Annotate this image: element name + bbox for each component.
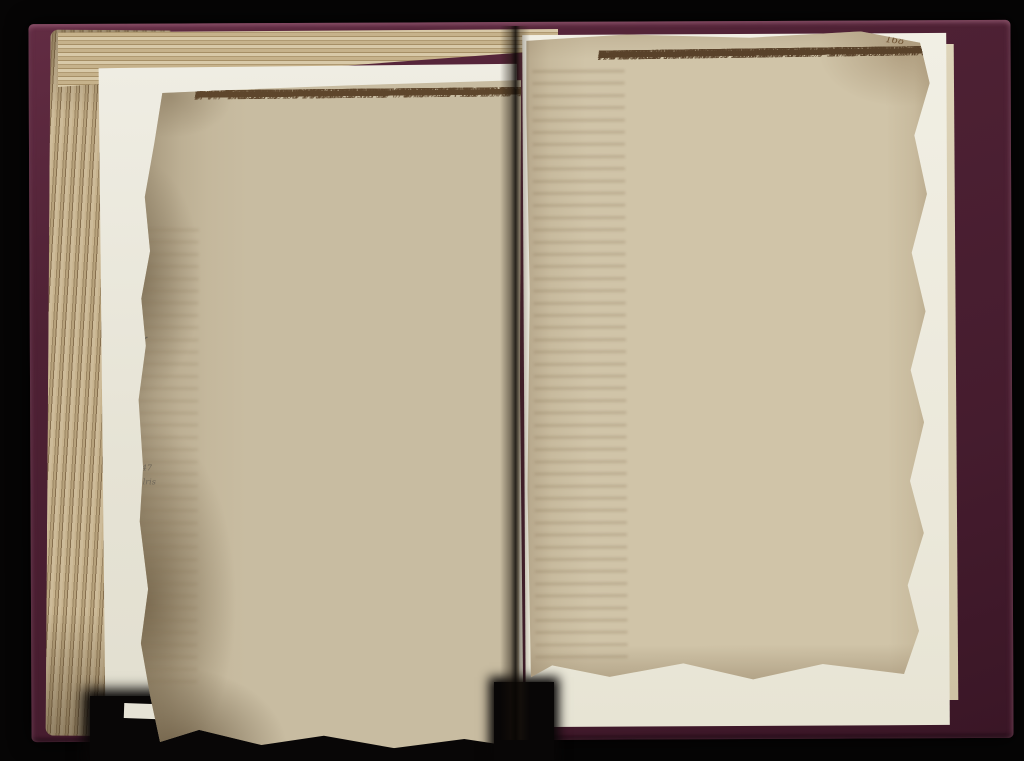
manuscript-leaf-left: The taxe of ye Chancery and apostolicke … bbox=[129, 75, 521, 752]
margin-mark-word: lris bbox=[143, 477, 156, 486]
margin-mark-numeral: 47 bbox=[142, 463, 152, 472]
manuscript-line: saith yt he may giue absolution wth a ps… bbox=[598, 46, 964, 63]
shadow-bottom-gutter bbox=[494, 682, 554, 760]
verso-show-through-right bbox=[532, 67, 627, 659]
manuscript-leaf-right: 168 In ye citty of Rome ye functions of … bbox=[524, 31, 937, 685]
verso-show-through-left bbox=[135, 225, 199, 685]
manuscript-photograph: The taxe of ye Chancery and apostolicke … bbox=[0, 0, 1024, 761]
